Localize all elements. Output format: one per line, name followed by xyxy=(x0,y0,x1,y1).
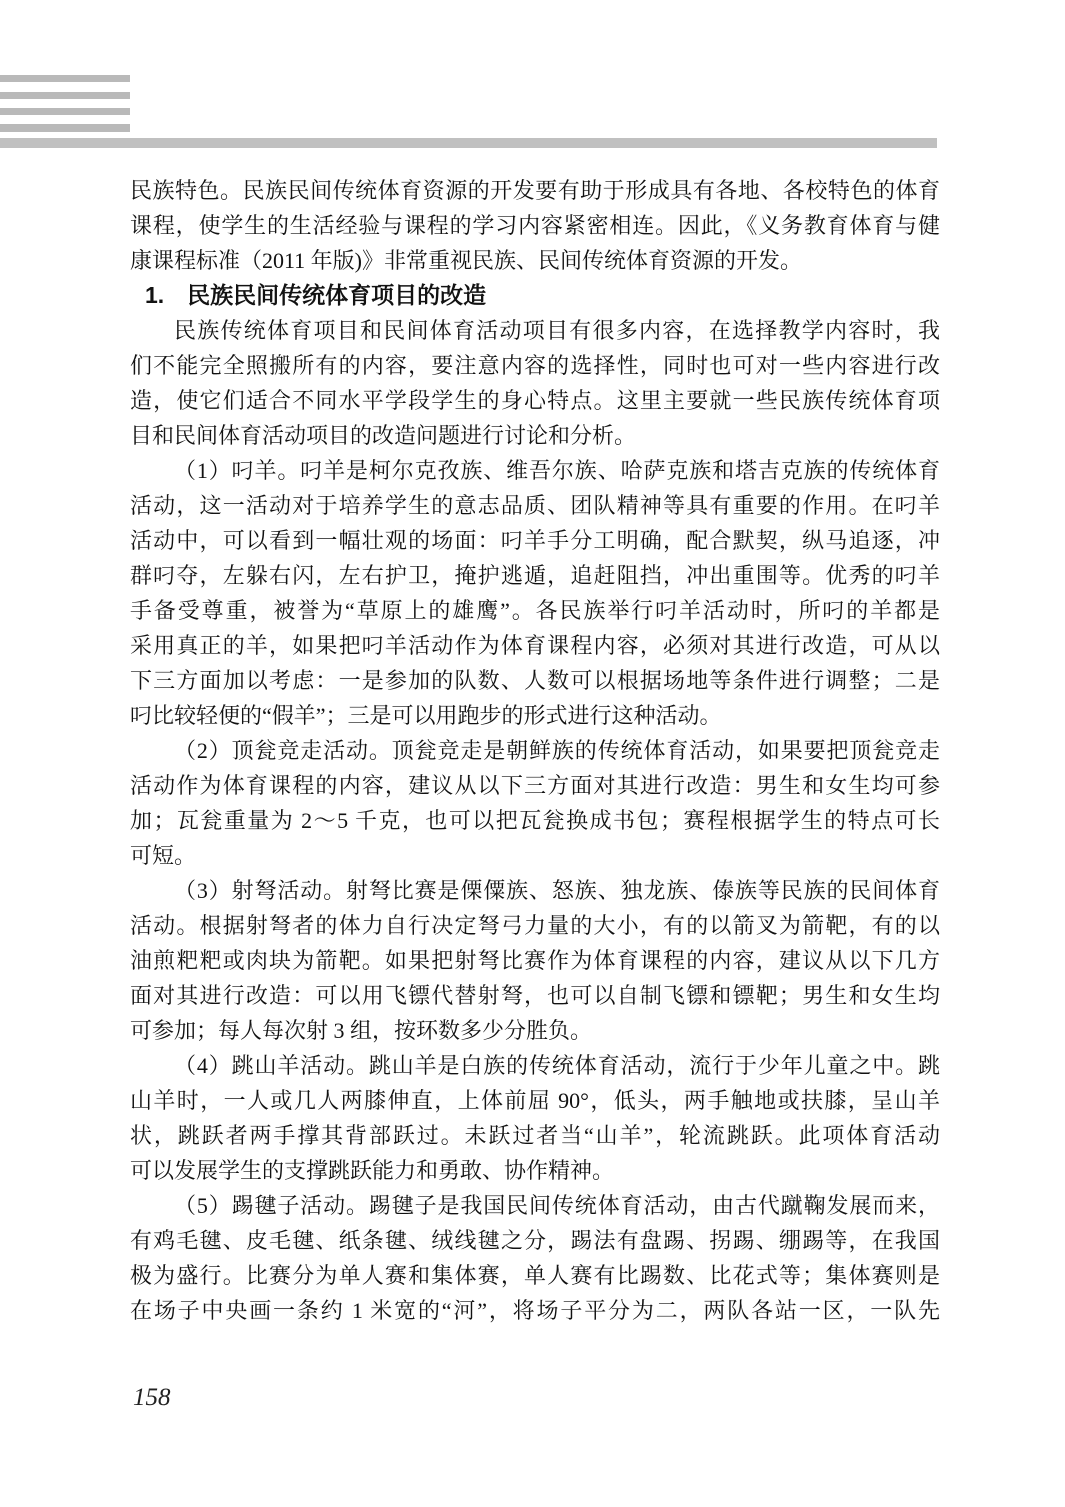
text-line: 可以发展学生的支撑跳跃能力和勇敢、协作精神。 xyxy=(130,1153,940,1188)
text-line: 面对其进行改造：可以用飞镖代替射弩，也可以自制飞镖和镖靶；男生和女生均 xyxy=(130,978,940,1013)
text-line: 活动中，可以看到一幅壮观的场面：叼羊手分工明确，配合默契，纵马追逐，冲 xyxy=(130,523,940,558)
text-line: （5）踢毽子活动。踢毽子是我国民间传统体育活动，由古代蹴鞠发展而来， xyxy=(130,1188,940,1223)
text-line: 油煎粑粑或肉块为箭靶。如果把射弩比赛作为体育课程的内容，建议从以下几方 xyxy=(130,943,940,978)
text-line: （1）叼羊。叼羊是柯尔克孜族、维吾尔族、哈萨克族和塔吉克族的传统体育 xyxy=(130,453,940,488)
text-line: 手备受尊重，被誉为“草原上的雄鹰”。各民族举行叼羊活动时，所叼的羊都是 xyxy=(130,593,940,628)
text-line: （4）跳山羊活动。跳山羊是白族的传统体育活动，流行于少年儿童之中。跳 xyxy=(130,1048,940,1083)
text-line: 康课程标准（2011 年版)》非常重视民族、民间传统体育资源的开发。 xyxy=(130,243,940,278)
gray-stripe-3 xyxy=(0,108,130,115)
text-line: 极为盛行。比赛分为单人赛和集体赛，单人赛有比踢数、比花式等；集体赛则是 xyxy=(130,1258,940,1293)
paragraph: （5）踢毽子活动。踢毽子是我国民间传统体育活动，由古代蹴鞠发展而来，有鸡毛毽、皮… xyxy=(130,1188,940,1328)
gray-stripe-1 xyxy=(0,75,130,82)
text-line: 民族传统体育项目和民间体育活动项目有很多内容，在选择教学内容时，我 xyxy=(130,313,940,348)
paragraph: （3）射弩活动。射弩比赛是傈僳族、怒族、独龙族、傣族等民族的民间体育活动。根据射… xyxy=(130,873,940,1048)
gray-stripe-4 xyxy=(0,124,130,132)
gray-stripe-2 xyxy=(0,92,130,99)
text-line: 采用真正的羊，如果把叼羊活动作为体育课程内容，必须对其进行改造，可从以 xyxy=(130,628,940,663)
text-line: 课程，使学生的生活经验与课程的学习内容紧密相连。因此，《义务教育体育与健 xyxy=(130,208,940,243)
section-heading: 1. 民族民间传统体育项目的改造 xyxy=(130,278,940,313)
header-rule-bar xyxy=(0,138,937,148)
text-line: 状，跳跃者两手撑其背部跃过。未跃过者当“山羊”，轮流跳跃。此项体育活动 xyxy=(130,1118,940,1153)
text-line: 可短。 xyxy=(130,838,940,873)
text-line: 在场子中央画一条约 1 米宽的“河”，将场子平分为二，两队各站一区，一队先 xyxy=(130,1293,940,1328)
text-line: 活动，这一活动对于培养学生的意志品质、团队精神等具有重要的作用。在叼羊 xyxy=(130,488,940,523)
text-line: 叼比较轻便的“假羊”；三是可以用跑步的形式进行这种活动。 xyxy=(130,698,940,733)
text-line: 目和民间体育活动项目的改造问题进行讨论和分析。 xyxy=(130,418,940,453)
text-line: 下三方面加以考虑：一是参加的队数、人数可以根据场地等条件进行调整；二是 xyxy=(130,663,940,698)
paragraph: 民族特色。民族民间传统体育资源的开发要有助于形成具有各地、各校特色的体育课程，使… xyxy=(130,173,940,278)
text-line: 活动。根据射弩者的体力自行决定弩弓力量的大小，有的以箭叉为箭靶，有的以 xyxy=(130,908,940,943)
paragraph: （2）顶瓮竞走活动。顶瓮竞走是朝鲜族的传统体育活动，如果要把顶瓮竞走活动作为体育… xyxy=(130,733,940,873)
text-line: 群叼夺，左躲右闪，左右护卫，掩护逃遁，追赶阻挡，冲出重围等。优秀的叼羊 xyxy=(130,558,940,593)
paragraph: 民族传统体育项目和民间体育活动项目有很多内容，在选择教学内容时，我们不能完全照搬… xyxy=(130,313,940,453)
paragraph: （4）跳山羊活动。跳山羊是白族的传统体育活动，流行于少年儿童之中。跳山羊时，一人… xyxy=(130,1048,940,1188)
text-line: 活动作为体育课程的内容，建议从以下三方面对其进行改造：男生和女生均可参 xyxy=(130,768,940,803)
text-line: 加；瓦瓮重量为 2～5 千克，也可以把瓦瓮换成书包；赛程根据学生的特点可长 xyxy=(130,803,940,838)
text-line: 有鸡毛毽、皮毛毽、纸条毽、绒线毽之分，踢法有盘踢、拐踢、绷踢等，在我国 xyxy=(130,1223,940,1258)
text-line: （2）顶瓮竞走活动。顶瓮竞走是朝鲜族的传统体育活动，如果要把顶瓮竞走 xyxy=(130,733,940,768)
heading-line: 1. 民族民间传统体育项目的改造 xyxy=(130,278,940,313)
page-number: 158 xyxy=(133,1384,171,1412)
text-line: 们不能完全照搬所有的内容，要注意内容的选择性，同时也可对一些内容进行改 xyxy=(130,348,940,383)
text-line: 可参加；每人每次射 3 组，按环数多少分胜负。 xyxy=(130,1013,940,1048)
text-line: 民族特色。民族民间传统体育资源的开发要有助于形成具有各地、各校特色的体育 xyxy=(130,173,940,208)
text-line: 山羊时，一人或几人两膝伸直，上体前屈 90°，低头，两手触地或扶膝，呈山羊 xyxy=(130,1083,940,1118)
text-line: 造，使它们适合不同水平学段学生的身心特点。这里主要就一些民族传统体育项 xyxy=(130,383,940,418)
text-block: 民族特色。民族民间传统体育资源的开发要有助于形成具有各地、各校特色的体育课程，使… xyxy=(130,173,940,1328)
paragraph: （1）叼羊。叼羊是柯尔克孜族、维吾尔族、哈萨克族和塔吉克族的传统体育活动，这一活… xyxy=(130,453,940,733)
text-line: （3）射弩活动。射弩比赛是傈僳族、怒族、独龙族、傣族等民族的民间体育 xyxy=(130,873,940,908)
